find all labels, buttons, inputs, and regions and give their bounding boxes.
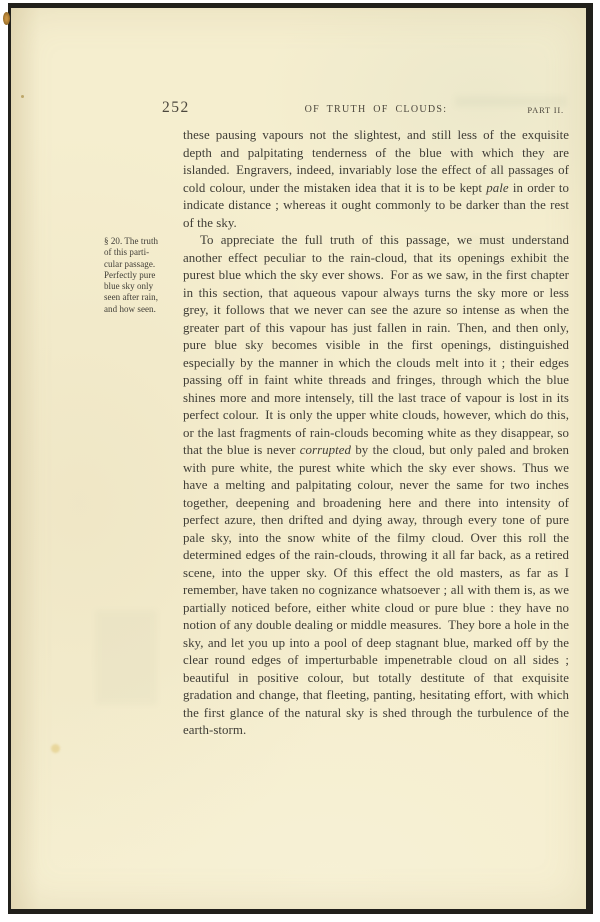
ink-bleedthrough bbox=[468, 236, 563, 278]
sidenote-line: Perfectly pure bbox=[104, 270, 179, 281]
paragraph-2-text-end: by the cloud, but only paled and broken … bbox=[183, 443, 569, 737]
sidenote-line: seen after rain, bbox=[104, 292, 179, 303]
foxing-spot bbox=[51, 744, 60, 753]
body-text-column: these pausing vapours not the slightest,… bbox=[183, 127, 569, 740]
sidenote-line: and how seen. bbox=[104, 304, 179, 315]
foxing-speck bbox=[21, 95, 24, 98]
sidenote-line: § 20. The truth bbox=[104, 236, 179, 247]
ink-bleedthrough bbox=[455, 96, 567, 107]
page-number: 252 bbox=[162, 99, 190, 117]
margin-sidenote: § 20. The truth of this parti- cular pas… bbox=[104, 236, 179, 315]
paragraph-continuation: these pausing vapours not the slightest,… bbox=[183, 127, 569, 232]
sidenote-line: blue sky only bbox=[104, 281, 179, 292]
screenshot-root: { "colors": { "paper": "#f5eecf", "ink":… bbox=[0, 0, 600, 922]
paragraph-2-wrapper: § 20. The truth of this parti- cular pas… bbox=[183, 232, 569, 740]
paragraph-main: To appreciate the full truth of this pas… bbox=[183, 232, 569, 740]
page-content: 252 OF TRUTH OF CLOUDS: PART II. these p… bbox=[11, 8, 586, 909]
paragraph-1-italic-word: pale bbox=[486, 181, 508, 195]
sidenote-line: of this parti- bbox=[104, 247, 179, 258]
foxing-spot bbox=[3, 12, 10, 25]
ink-bleedthrough bbox=[95, 610, 157, 705]
sidenote-line: cular passage. bbox=[104, 259, 179, 270]
book-page-scan: 252 OF TRUTH OF CLOUDS: PART II. these p… bbox=[8, 3, 593, 914]
paragraph-2-italic-word: corrupted bbox=[300, 443, 351, 457]
